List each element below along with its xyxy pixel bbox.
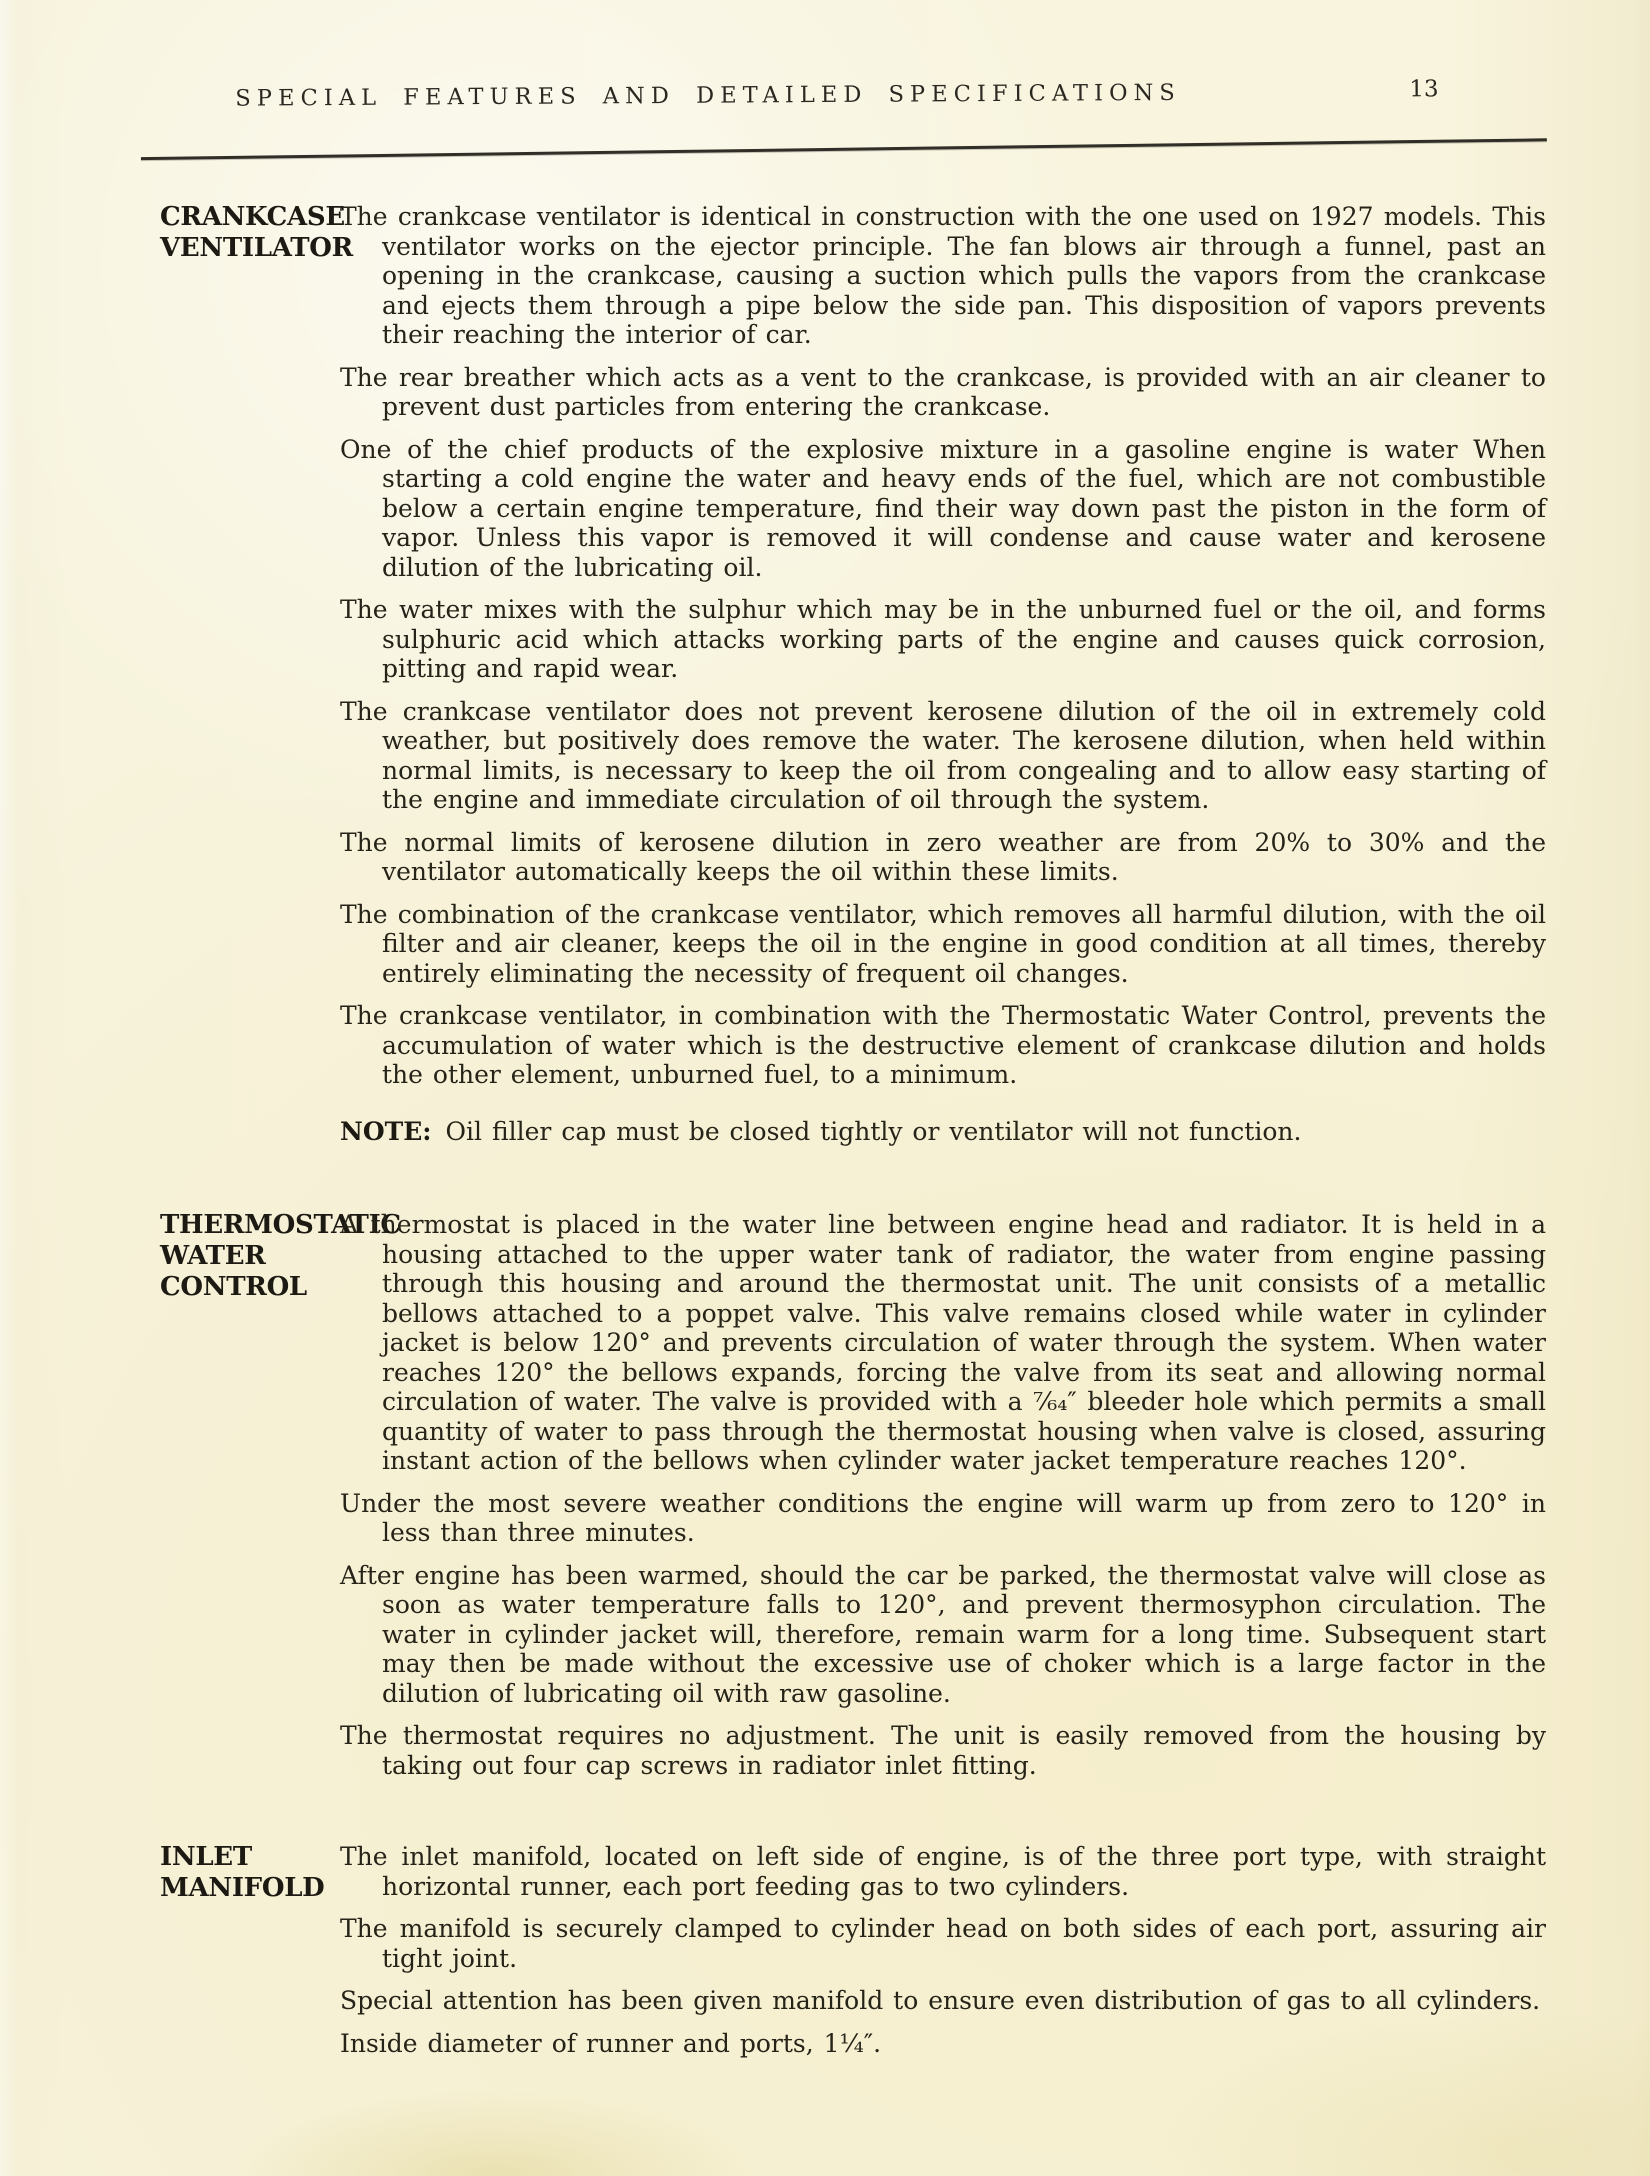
paragraph: The manifold is securely clamped to cyli…	[340, 1914, 1546, 1973]
paragraph: One of the chief products of the explosi…	[340, 435, 1546, 583]
page-body: CRANKCASE VENTILATOR The crankcase venti…	[160, 202, 1546, 2058]
section-label-line: MANIFOLD	[160, 1873, 340, 1904]
page-header: SPECIAL FEATURES AND DETAILED SPECIFICAT…	[0, 0, 1650, 161]
paragraph: The crankcase ventilator, in combination…	[340, 1001, 1546, 1090]
paragraph: The thermostat requires no adjustment. T…	[340, 1721, 1546, 1780]
section-label-line: CRANKCASE	[160, 202, 340, 233]
paragraph: After engine has been warmed, should the…	[340, 1561, 1546, 1709]
section-label-line: INLET	[160, 1842, 340, 1873]
section-crankcase-ventilator: CRANKCASE VENTILATOR The crankcase venti…	[160, 202, 1546, 1146]
section-body: A thermostat is placed in the water line…	[340, 1210, 1546, 1780]
section-label-line: THERMOSTATIC	[160, 1210, 340, 1241]
document-page: SPECIAL FEATURES AND DETAILED SPECIFICAT…	[0, 0, 1650, 2176]
section-body: The inlet manifold, located on left side…	[340, 1842, 1546, 2058]
paragraph: The normal limits of kerosene dilution i…	[340, 828, 1546, 887]
paragraph: The crankcase ventilator does not preven…	[340, 697, 1546, 815]
paragraph: Under the most severe weather conditions…	[340, 1489, 1546, 1548]
section-label-inlet-manifold: INLET MANIFOLD	[160, 1842, 340, 1904]
paragraph: Inside diameter of runner and ports, 1¼″…	[340, 2029, 1546, 2059]
section-body: The crankcase ventilator is identical in…	[340, 202, 1546, 1146]
section-label-line: VENTILATOR	[160, 233, 340, 264]
section-inlet-manifold: INLET MANIFOLD The inlet manifold, locat…	[160, 1842, 1546, 2058]
page-number: 13	[1409, 76, 1438, 102]
paragraph: The rear breather which acts as a vent t…	[340, 363, 1546, 422]
section-label-crankcase-ventilator: CRANKCASE VENTILATOR	[160, 202, 340, 264]
paragraph: The water mixes with the sulphur which m…	[340, 595, 1546, 684]
section-label-line: WATER	[160, 1241, 340, 1272]
section-label-line: CONTROL	[160, 1272, 340, 1303]
note-text: Oil filler cap must be closed tightly or…	[446, 1117, 1302, 1146]
paragraph: The inlet manifold, located on left side…	[340, 1842, 1546, 1901]
paragraph: A thermostat is placed in the water line…	[340, 1210, 1546, 1476]
header-rule	[141, 138, 1547, 160]
section-label-thermostatic-water-control: THERMOSTATIC WATER CONTROL	[160, 1210, 340, 1303]
page-title: SPECIAL FEATURES AND DETAILED SPECIFICAT…	[1, 78, 1416, 113]
paragraph: The crankcase ventilator is identical in…	[340, 202, 1546, 350]
note-paragraph: NOTE:Oil filler cap must be closed tight…	[340, 1117, 1546, 1147]
paragraph: Special attention has been given manifol…	[340, 1986, 1546, 2016]
note-label: NOTE:	[340, 1117, 432, 1146]
section-thermostatic-water-control: THERMOSTATIC WATER CONTROL A thermostat …	[160, 1210, 1546, 1780]
paragraph: The combination of the crankcase ventila…	[340, 900, 1546, 989]
